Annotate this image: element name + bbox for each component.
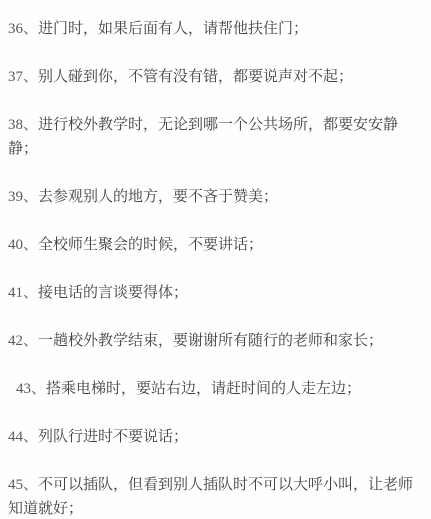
rule-text: 不可以插队，但看到别人插队时不可以大呼小叫，让老师知道就好； bbox=[8, 477, 413, 517]
rule-text: 一趟校外教学结束，要谢谢所有随行的老师和家长； bbox=[38, 333, 383, 349]
rule-item: 37、别人碰到你，不管有没有错，都要说声对不起； bbox=[8, 65, 427, 89]
rule-number: 42、 bbox=[8, 333, 38, 349]
rule-text: 进行校外教学时，无论到哪一个公共场所，都要安安静静； bbox=[8, 117, 398, 157]
rule-text: 列队行进时不要说话； bbox=[38, 429, 188, 445]
rule-number: 45、 bbox=[8, 477, 38, 493]
rule-number: 37、 bbox=[8, 69, 38, 85]
rule-item: 42、一趟校外教学结束，要谢谢所有随行的老师和家长； bbox=[8, 329, 427, 353]
rule-text: 全校师生聚会的时候，不要讲话； bbox=[38, 237, 263, 253]
rule-number: 43、 bbox=[16, 381, 46, 397]
rules-list: 36、进门时，如果后面有人，请帮他扶住门； 37、别人碰到你，不管有没有错，都要… bbox=[8, 17, 427, 519]
rule-item: 43、搭乘电梯时，要站右边，请赶时间的人走左边； bbox=[8, 377, 427, 401]
rule-item: 38、进行校外教学时，无论到哪一个公共场所，都要安安静静； bbox=[8, 113, 427, 161]
rule-text: 去参观别人的地方，要不吝于赞美； bbox=[38, 189, 278, 205]
rule-number: 41、 bbox=[8, 285, 38, 301]
rule-number: 40、 bbox=[8, 237, 38, 253]
rule-number: 36、 bbox=[8, 21, 38, 37]
rule-item: 40、全校师生聚会的时候，不要讲话； bbox=[8, 233, 427, 257]
rule-text: 进门时，如果后面有人，请帮他扶住门； bbox=[38, 21, 308, 37]
rule-number: 39、 bbox=[8, 189, 38, 205]
rule-number: 44、 bbox=[8, 429, 38, 445]
rule-text: 接电话的言谈要得体； bbox=[38, 285, 188, 301]
rule-item: 39、去参观别人的地方，要不吝于赞美； bbox=[8, 185, 427, 209]
rule-text: 别人碰到你，不管有没有错，都要说声对不起； bbox=[38, 69, 353, 85]
rules-document: 36、进门时，如果后面有人，请帮他扶住门； 37、别人碰到你，不管有没有错，都要… bbox=[0, 0, 431, 519]
rule-text: 搭乘电梯时，要站右边，请赶时间的人走左边； bbox=[46, 381, 361, 397]
rule-number: 38、 bbox=[8, 117, 38, 133]
rule-item: 41、接电话的言谈要得体； bbox=[8, 281, 427, 305]
rule-item: 44、列队行进时不要说话； bbox=[8, 425, 427, 449]
rule-item: 45、不可以插队，但看到别人插队时不可以大呼小叫，让老师知道就好； bbox=[8, 473, 427, 519]
rule-item: 36、进门时，如果后面有人，请帮他扶住门； bbox=[8, 17, 427, 41]
